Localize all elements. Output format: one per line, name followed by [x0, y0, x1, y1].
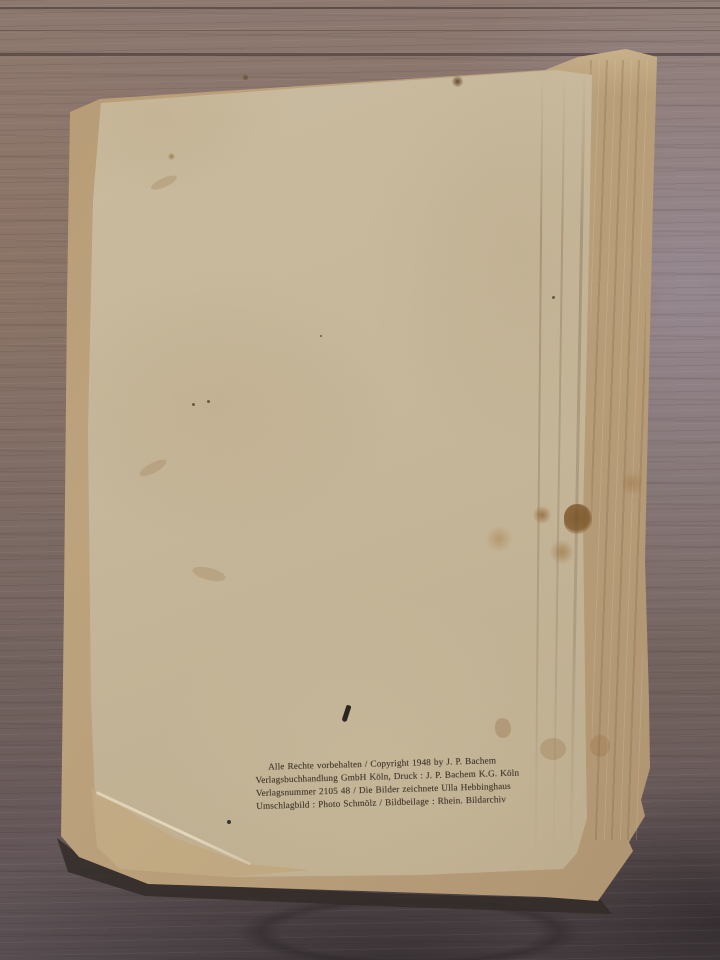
stain-speck-top [243, 75, 248, 80]
paper-speck [207, 400, 210, 403]
stain-blotch-lower [550, 540, 574, 564]
paper-speck [320, 335, 322, 337]
smudge-mark [590, 735, 610, 757]
imprint-text-block: Alle Rechte vorbehalten / Copyright 1948… [255, 753, 542, 813]
paper-speck [192, 403, 195, 406]
photo-scene: Alle Rechte vorbehalten / Copyright 1948… [0, 0, 720, 960]
stain-on-page-edge [622, 470, 642, 496]
smudge-mark [495, 718, 511, 738]
paper-speck [552, 296, 555, 299]
stain-spot-top [452, 76, 463, 87]
ink-dot-mark [227, 820, 231, 824]
smudge-mark [540, 738, 566, 760]
stain-blotch-medium [533, 506, 551, 524]
plank-grain-line [0, 30, 720, 31]
page-edge-creases [590, 60, 648, 840]
stain-dot [168, 153, 175, 160]
plank-seam-line [0, 7, 720, 9]
